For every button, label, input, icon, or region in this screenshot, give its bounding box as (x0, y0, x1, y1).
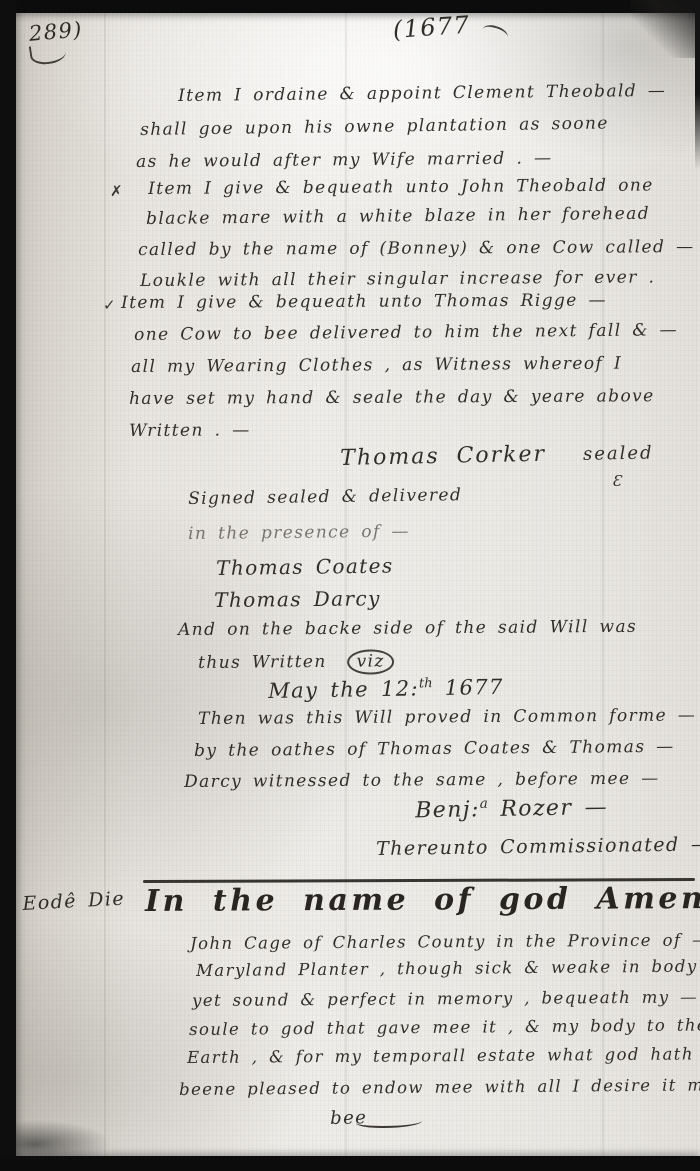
will-line: Written . — (129, 420, 251, 441)
year-heading: (1677 (392, 11, 471, 44)
will-line: called by the name of (Bonney) & one Cow… (138, 237, 695, 260)
commissioner-prefix: Benj: (415, 797, 480, 823)
scan-corner-top-right (630, 0, 700, 58)
scan-blotch-bottom-left (2, 1120, 112, 1160)
viz-circled: viz (347, 649, 393, 674)
will-line: John Cage of Charles County in the Provi… (190, 930, 700, 953)
will-line: have set my hand & seale the day & yeare… (129, 386, 655, 409)
scan-border-right (695, 0, 700, 170)
proving-line: Darcy witnessed to the same , before mee… (184, 769, 660, 792)
commissioner-surname: Rozer — (500, 795, 608, 822)
witness-name: Thomas Coates (216, 554, 394, 580)
witness-name: Thomas Darcy (214, 586, 381, 612)
will-line: yet sound & perfect in memory , bequeath… (192, 987, 698, 1010)
attestation-line: in the presence of — (188, 522, 410, 544)
signature-name: Thomas Corker (340, 442, 546, 471)
will-line: Loukle with all their singular increase … (140, 267, 655, 291)
commissioner-superscript: a (480, 796, 488, 812)
date-prefix: May the 12: (268, 676, 419, 703)
endorsement-prefix: thus Written (198, 652, 327, 673)
will-heading: In the name of god Amen I (145, 881, 700, 919)
scan-border-left (0, 0, 16, 1171)
will-line: as he would after my Wife married . — (136, 148, 553, 172)
proving-line: Then was this Will proved in Common form… (198, 706, 696, 729)
paper-streak (104, 0, 106, 1171)
will-line: all my Wearing Clothes , as Witness wher… (131, 354, 622, 377)
manuscript-page: 289) (1677 Item I ordaine & appoint Clem… (0, 0, 700, 1171)
probate-date: May the 12:th 1677 (268, 675, 504, 703)
will-line: Item I give & bequeath unto Thomas Rigge… (121, 290, 607, 313)
page-number: 289) (28, 17, 84, 46)
margin-mark: ✓ (103, 296, 117, 314)
will-line: Earth , & for my temporall estate what g… (187, 1044, 700, 1067)
date-superscript: th (419, 676, 433, 691)
attestation-line: Signed sealed & delivered (188, 485, 462, 509)
scan-border-top (0, 0, 700, 13)
will-line: Item I give & bequeath unto John Theobal… (148, 175, 654, 199)
endorsement-line: And on the backe side of the said Will w… (178, 617, 637, 640)
proving-line: by the oathes of Thomas Coates & Thomas … (194, 737, 675, 761)
seal-squiggle: Ɛ (612, 472, 623, 490)
date-year: 1677 (445, 675, 504, 700)
margin-mark: ✗ (110, 182, 124, 200)
endorsement-line: thus Written viz (198, 649, 394, 676)
commissioner-signature: Benj:a Rozer — (415, 794, 608, 824)
commissioner-title: Thereunto Commissionated — (376, 833, 700, 860)
sealed-annotation: sealed (583, 442, 654, 464)
